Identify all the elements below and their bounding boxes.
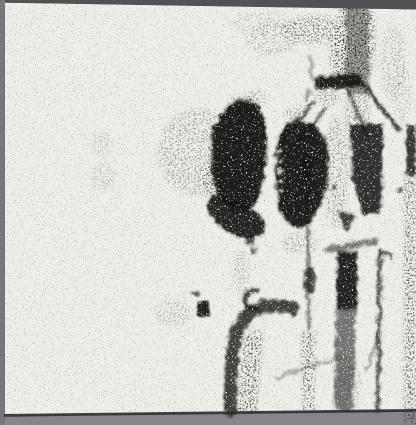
low-left-cloud [154,299,192,327]
guitar-head-knot-b [251,247,257,254]
mid-speck-trail [232,249,250,293]
chin-shadow [313,86,339,106]
rear-stand-pole [378,250,380,411]
left-speck-cluster-a [91,132,113,156]
right-edge-upper-speckle [392,65,412,125]
right-edge-dark-top [406,125,416,175]
backdrop-left-strip [0,0,5,425]
button-dot [279,179,283,183]
right-edge-post-band [404,177,416,425]
photocopy-print [0,0,416,425]
railing-post-dark-top [337,251,357,309]
album-cover-photo [0,0,416,425]
soundhole-black-square [196,302,209,317]
guitar-head-knot-a [246,236,254,245]
thin-post-lower-band [301,330,316,413]
top-center-speckle [232,10,288,34]
button-dot [278,159,282,163]
performer-vest-left-blob [212,99,267,212]
wisp-below-right-blob [282,232,318,254]
speck-dot-right [398,188,402,192]
left-speck-cluster-b [90,162,116,190]
button-dot [278,169,282,173]
speck-dot-left [331,186,335,190]
thin-vertical-stand [307,128,309,330]
button-dot [279,189,283,193]
button-dot [277,149,281,153]
small-mark [192,291,199,296]
